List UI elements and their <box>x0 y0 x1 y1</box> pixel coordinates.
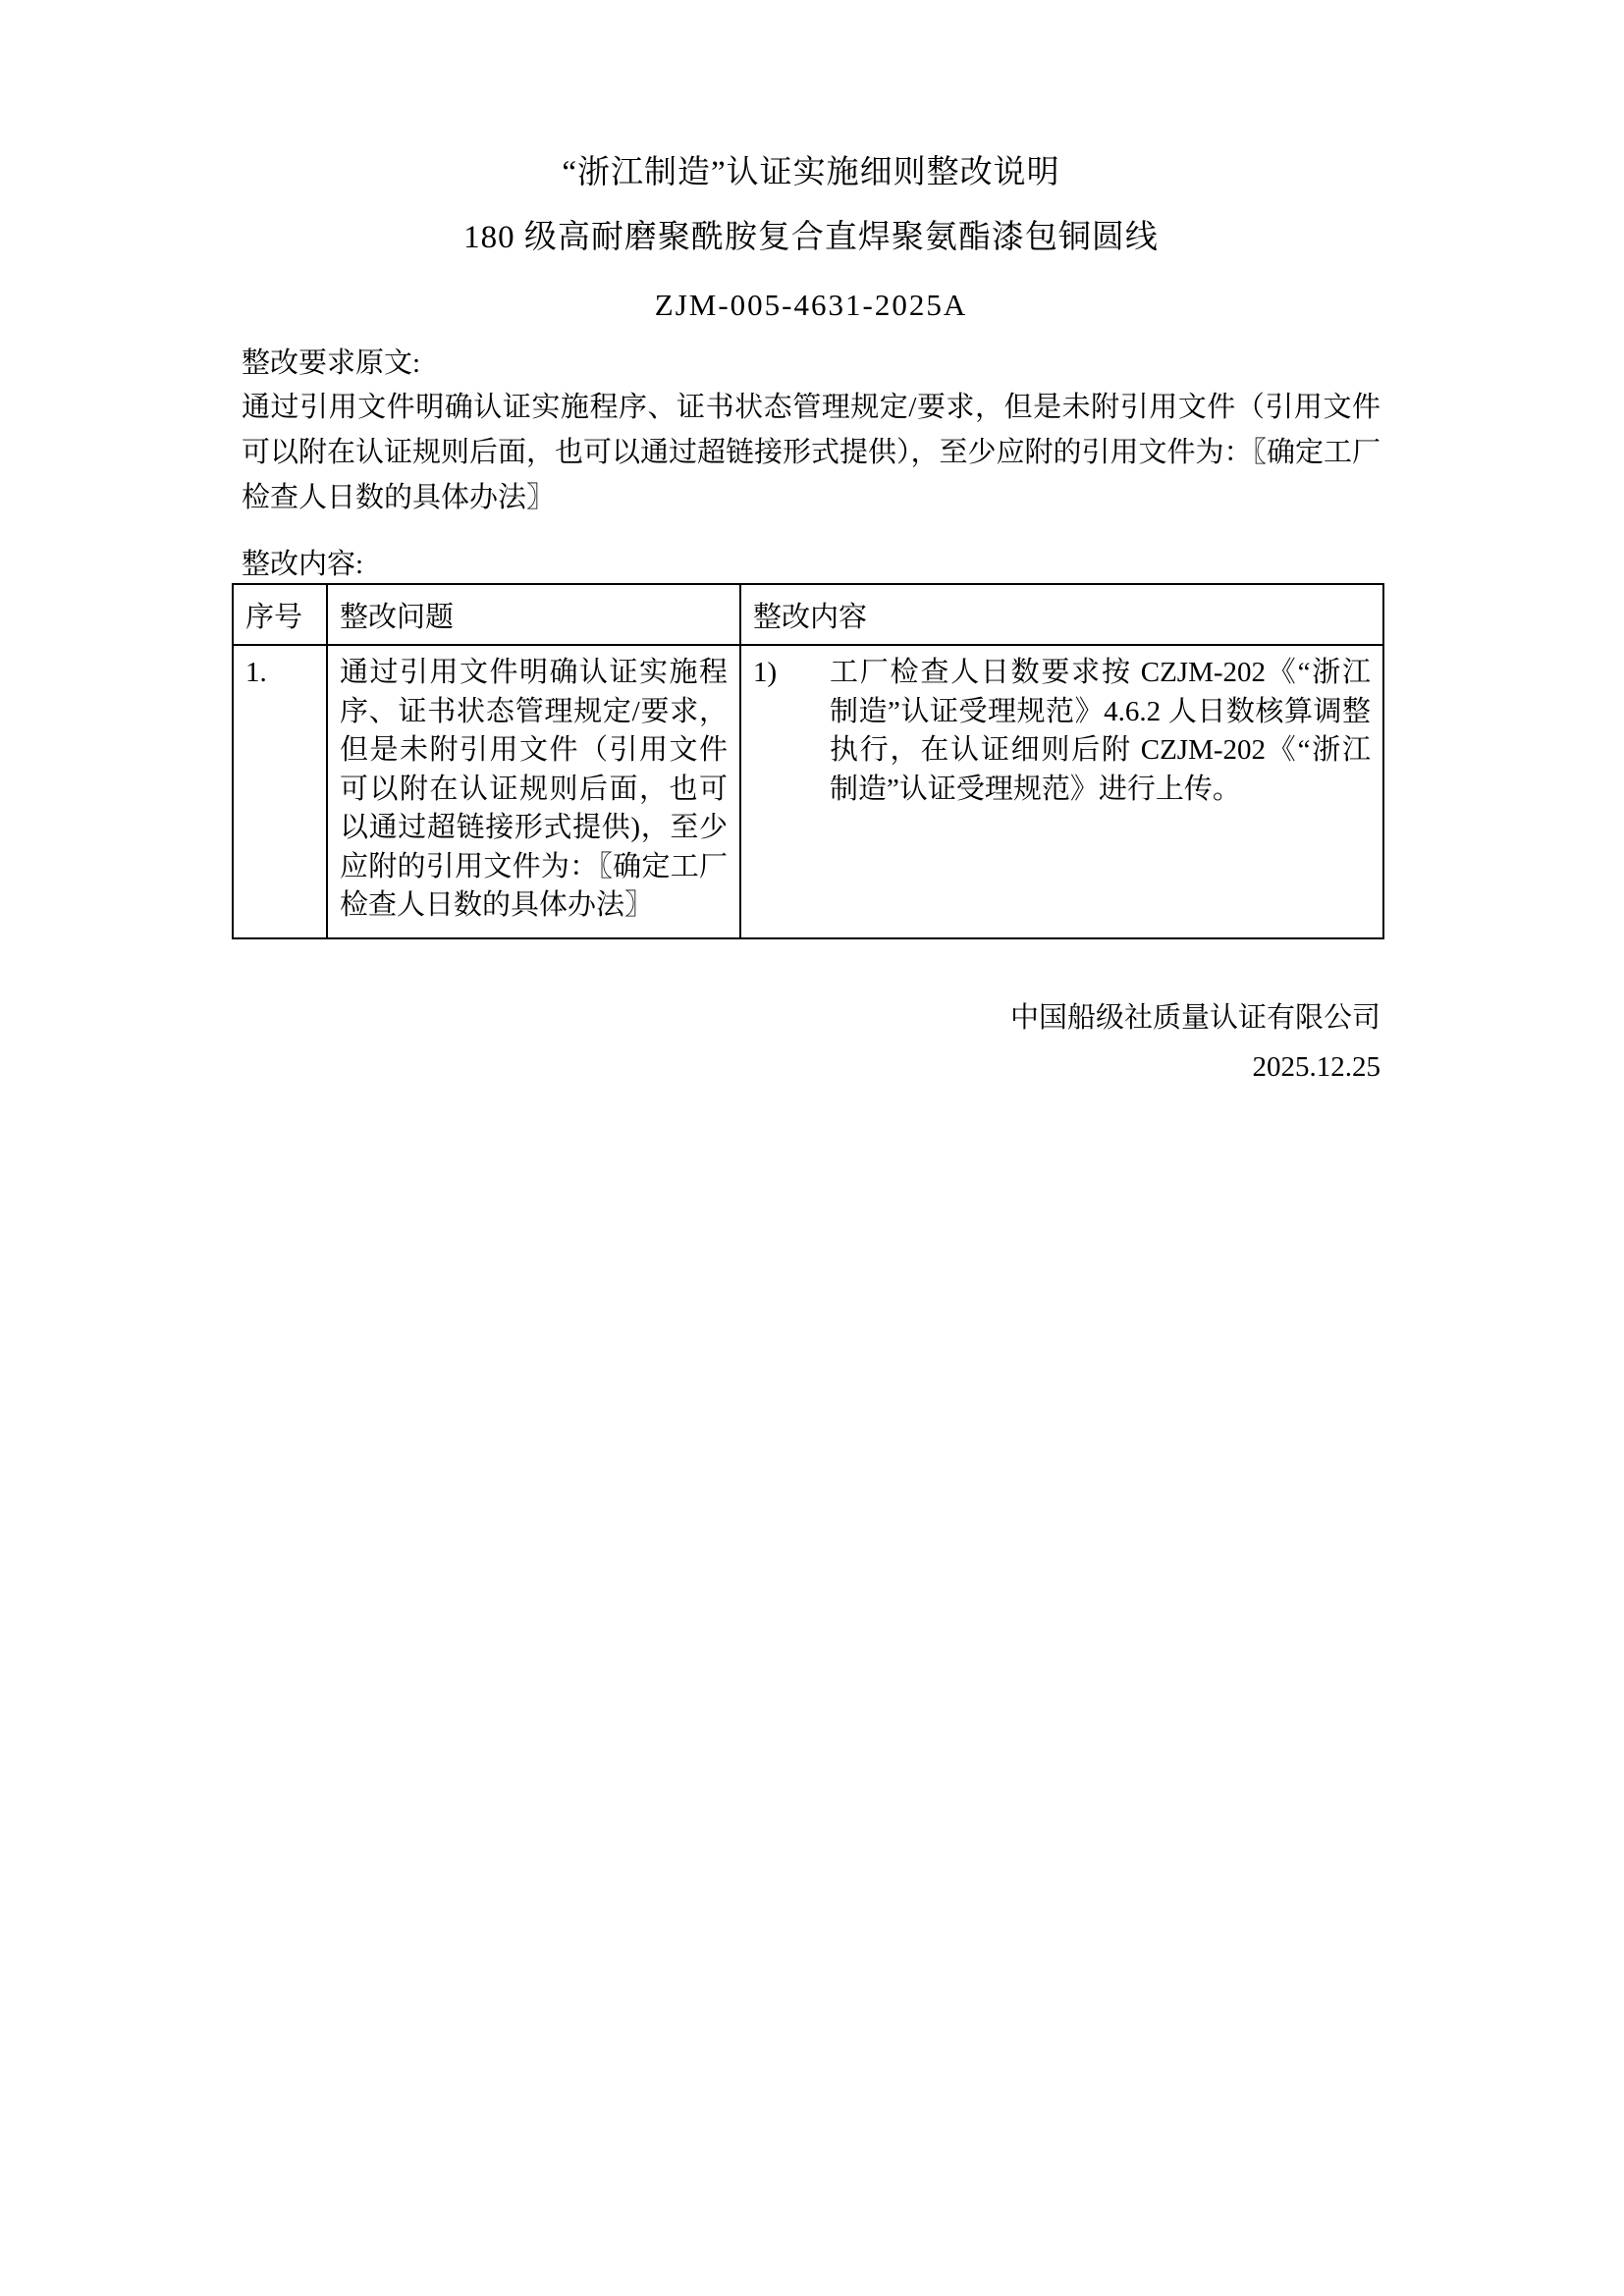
column-header-no: 序号 <box>233 584 327 645</box>
company-name: 中国船级社质量认证有限公司 <box>242 993 1380 1042</box>
list-item-marker: 1) <box>753 654 830 809</box>
column-header-problem: 整改问题 <box>327 584 740 645</box>
original-requirement-text: 通过引用文件明确认证实施程序、证书状态管理规定/要求，但是未附引用文件（引用文件… <box>242 385 1380 520</box>
document-page: “浙江制造”认证实施细则整改说明 180 级高耐磨聚酰胺复合直焊聚氨酯漆包铜圆线… <box>0 0 1624 2296</box>
column-header-content: 整改内容 <box>740 584 1383 645</box>
row-number-cell: 1. <box>233 645 327 938</box>
document-footer: 中国船级社质量认证有限公司 2025.12.25 <box>242 993 1380 1092</box>
table-header-row: 序号 整改问题 整改内容 <box>233 584 1383 645</box>
table-row: 1. 通过引用文件明确认证实施程序、证书状态管理规定/要求，但是未附引用文件（引… <box>233 645 1383 938</box>
rectification-content-label: 整改内容: <box>242 547 1380 583</box>
doc-title: “浙江制造”认证实施细则整改说明 <box>242 155 1380 190</box>
doc-code: ZJM-005-4631-2025A <box>242 288 1380 323</box>
document-date: 2025.12.25 <box>242 1042 1380 1092</box>
doc-subtitle: 180 级高耐磨聚酰胺复合直焊聚氨酯漆包铜圆线 <box>242 220 1380 255</box>
original-requirement-label: 整改要求原文: <box>242 342 1380 385</box>
problem-cell: 通过引用文件明确认证实施程序、证书状态管理规定/要求，但是未附引用文件（引用文件… <box>327 645 740 938</box>
content-cell: 1) 工厂检查人日数要求按 CZJM-202《“浙江制造”认证受理规范》4.6.… <box>740 645 1383 938</box>
rectification-table: 序号 整改问题 整改内容 1. 通过引用文件明确认证实施程序、证书状态管理规定/… <box>232 583 1384 939</box>
numbered-item: 1) 工厂检查人日数要求按 CZJM-202《“浙江制造”认证受理规范》4.6.… <box>753 654 1371 809</box>
list-item-text: 工厂检查人日数要求按 CZJM-202《“浙江制造”认证受理规范》4.6.2 人… <box>830 654 1371 809</box>
